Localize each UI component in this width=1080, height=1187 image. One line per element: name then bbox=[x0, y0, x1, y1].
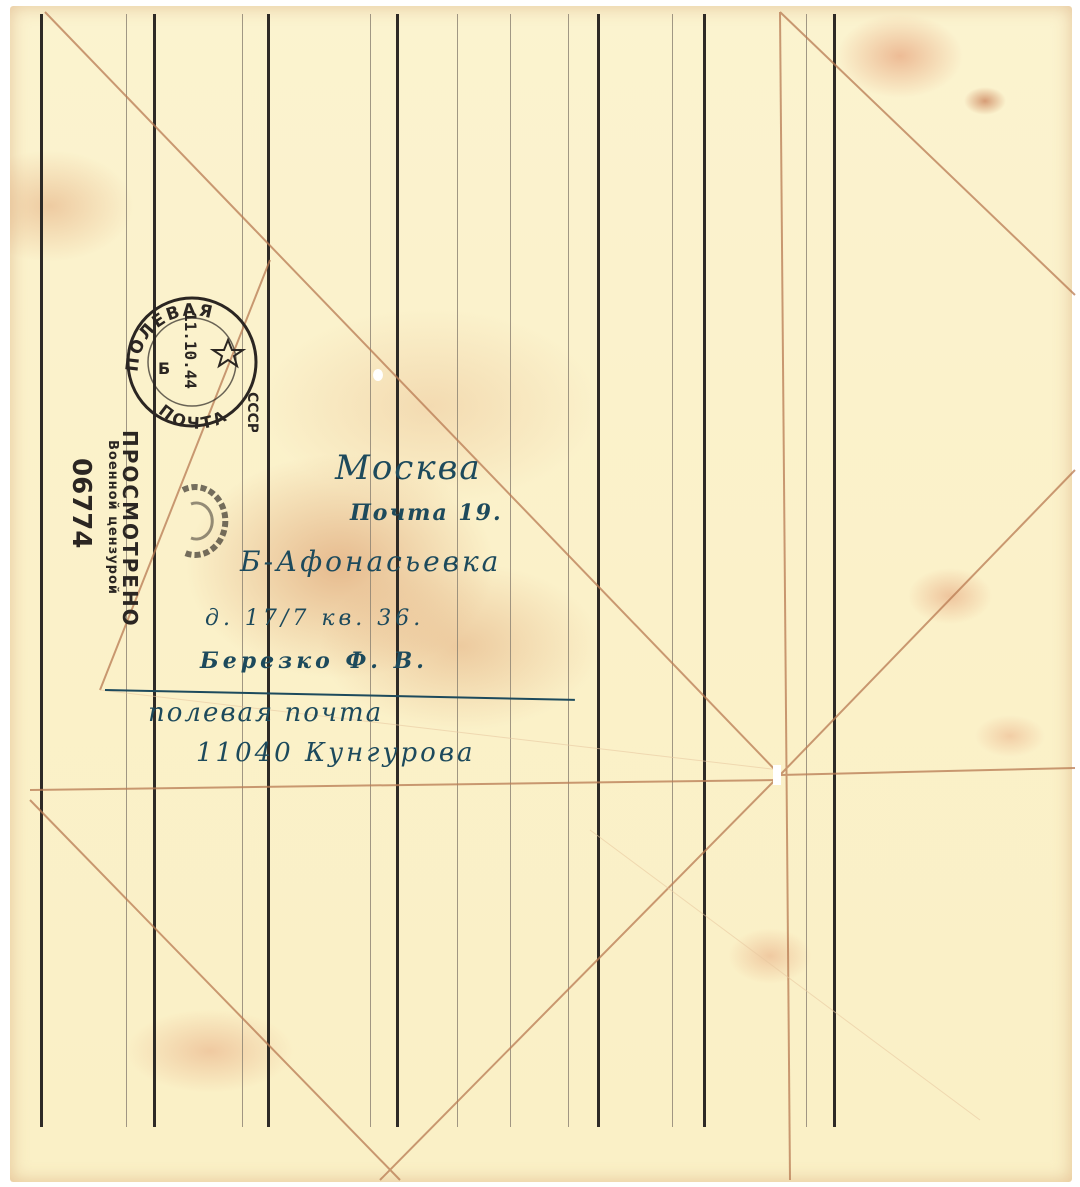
rule-line bbox=[510, 14, 511, 1127]
postmark-center-mark: Б bbox=[158, 359, 170, 378]
recipient-city: Москва bbox=[335, 448, 482, 488]
recipient-post-office: Почта 19. bbox=[350, 500, 503, 526]
postmark-right-text: СССР bbox=[244, 392, 260, 432]
rule-line bbox=[833, 14, 836, 1127]
censor-stamp: ПРОСМОТРЕНО Военной цензурой 06774 bbox=[48, 430, 168, 640]
sender-field-post: полевая почта bbox=[148, 698, 383, 728]
censor-number: 06774 bbox=[66, 458, 96, 548]
recipient-name: Березко Ф. В. bbox=[200, 648, 428, 674]
star-icon bbox=[213, 340, 243, 366]
sender-unit-name: 11040 Кунгурова bbox=[196, 738, 475, 768]
faded-stamp bbox=[165, 480, 235, 560]
rule-line bbox=[672, 14, 673, 1127]
censor-subtitle: Военной цензурой bbox=[105, 440, 120, 595]
rule-line bbox=[703, 14, 706, 1127]
letter-paper bbox=[10, 6, 1072, 1182]
rule-line bbox=[806, 14, 807, 1127]
rule-line bbox=[597, 14, 600, 1127]
censor-title: ПРОСМОТРЕНО bbox=[118, 430, 142, 628]
recipient-street: Б-Афонасьевка bbox=[240, 545, 501, 578]
recipient-house: д. 17/7 кв. 36. bbox=[205, 606, 424, 631]
postmark-stamp: ПОЛЕВАЯ ПОЧТА Б СССР 11.10.44 bbox=[118, 292, 266, 432]
rule-line bbox=[568, 14, 569, 1127]
rule-line bbox=[40, 14, 43, 1127]
postmark-date: 11.10.44 bbox=[181, 312, 200, 389]
